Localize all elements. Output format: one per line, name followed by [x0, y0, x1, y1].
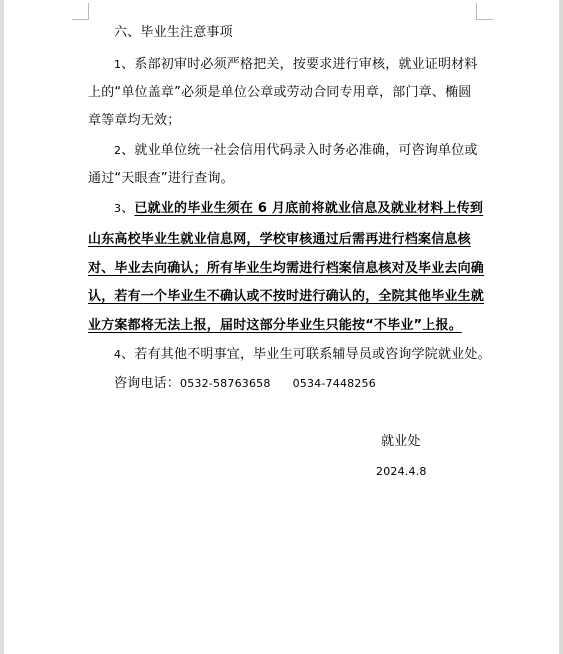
item-4-line-1: 4、若有其他不明事宜，毕业生可联系辅导员或咨询学院就业处。 [88, 347, 477, 363]
contact-label: 咨询电话： [114, 376, 180, 391]
item-2-line-1: 2、就业单位统一社会信用代码录入时务必准确，可咨询单位或 [88, 143, 477, 159]
item-3-line-4: 认，若有一个毕业生不确认或不按时进行确认的，全院其他毕业生就 [88, 289, 477, 305]
item-2-line-2: 通过“天眼查”进行查询。 [88, 171, 477, 187]
item-3-line-1: 3、已就业的毕业生须在 6 月底前将就业信息及就业材料上传到 [88, 201, 477, 217]
contact-line: 咨询电话：0532-587636580534-7448256 [88, 376, 477, 392]
signature: 就业处 [381, 434, 421, 450]
item-1-line-1: 1、系部初审时必须严格把关，按要求进行审核，就业证明材料 [88, 57, 477, 73]
window-right-edge [559, 0, 563, 654]
date: 2024.4.8 [376, 464, 427, 480]
item-1-line-2: 上的“单位盖章”必须是单位公章或劳动合同专用章，部门章、椭圆 [88, 85, 477, 101]
item-3-line-3: 对、毕业去向确认；所有毕业生均需进行档案信息核对及毕业去向确 [88, 261, 477, 277]
item-3-line-5: 业方案都将无法上报，届时这部分毕业生只能按“不毕业”上报。 [88, 318, 477, 334]
margin-corner-top-right [476, 3, 493, 20]
phone-2: 0534-7448256 [293, 377, 376, 390]
section-title: 六、毕业生注意事项 [114, 25, 503, 41]
item-1-line-3: 章等章均无效； [88, 113, 477, 129]
item-3-line-2: 山东高校毕业生就业信息网，学校审核通过后需再进行档案信息核 [88, 232, 477, 248]
phone-1: 0532-58763658 [180, 377, 271, 390]
margin-corner-top-left [72, 3, 89, 20]
